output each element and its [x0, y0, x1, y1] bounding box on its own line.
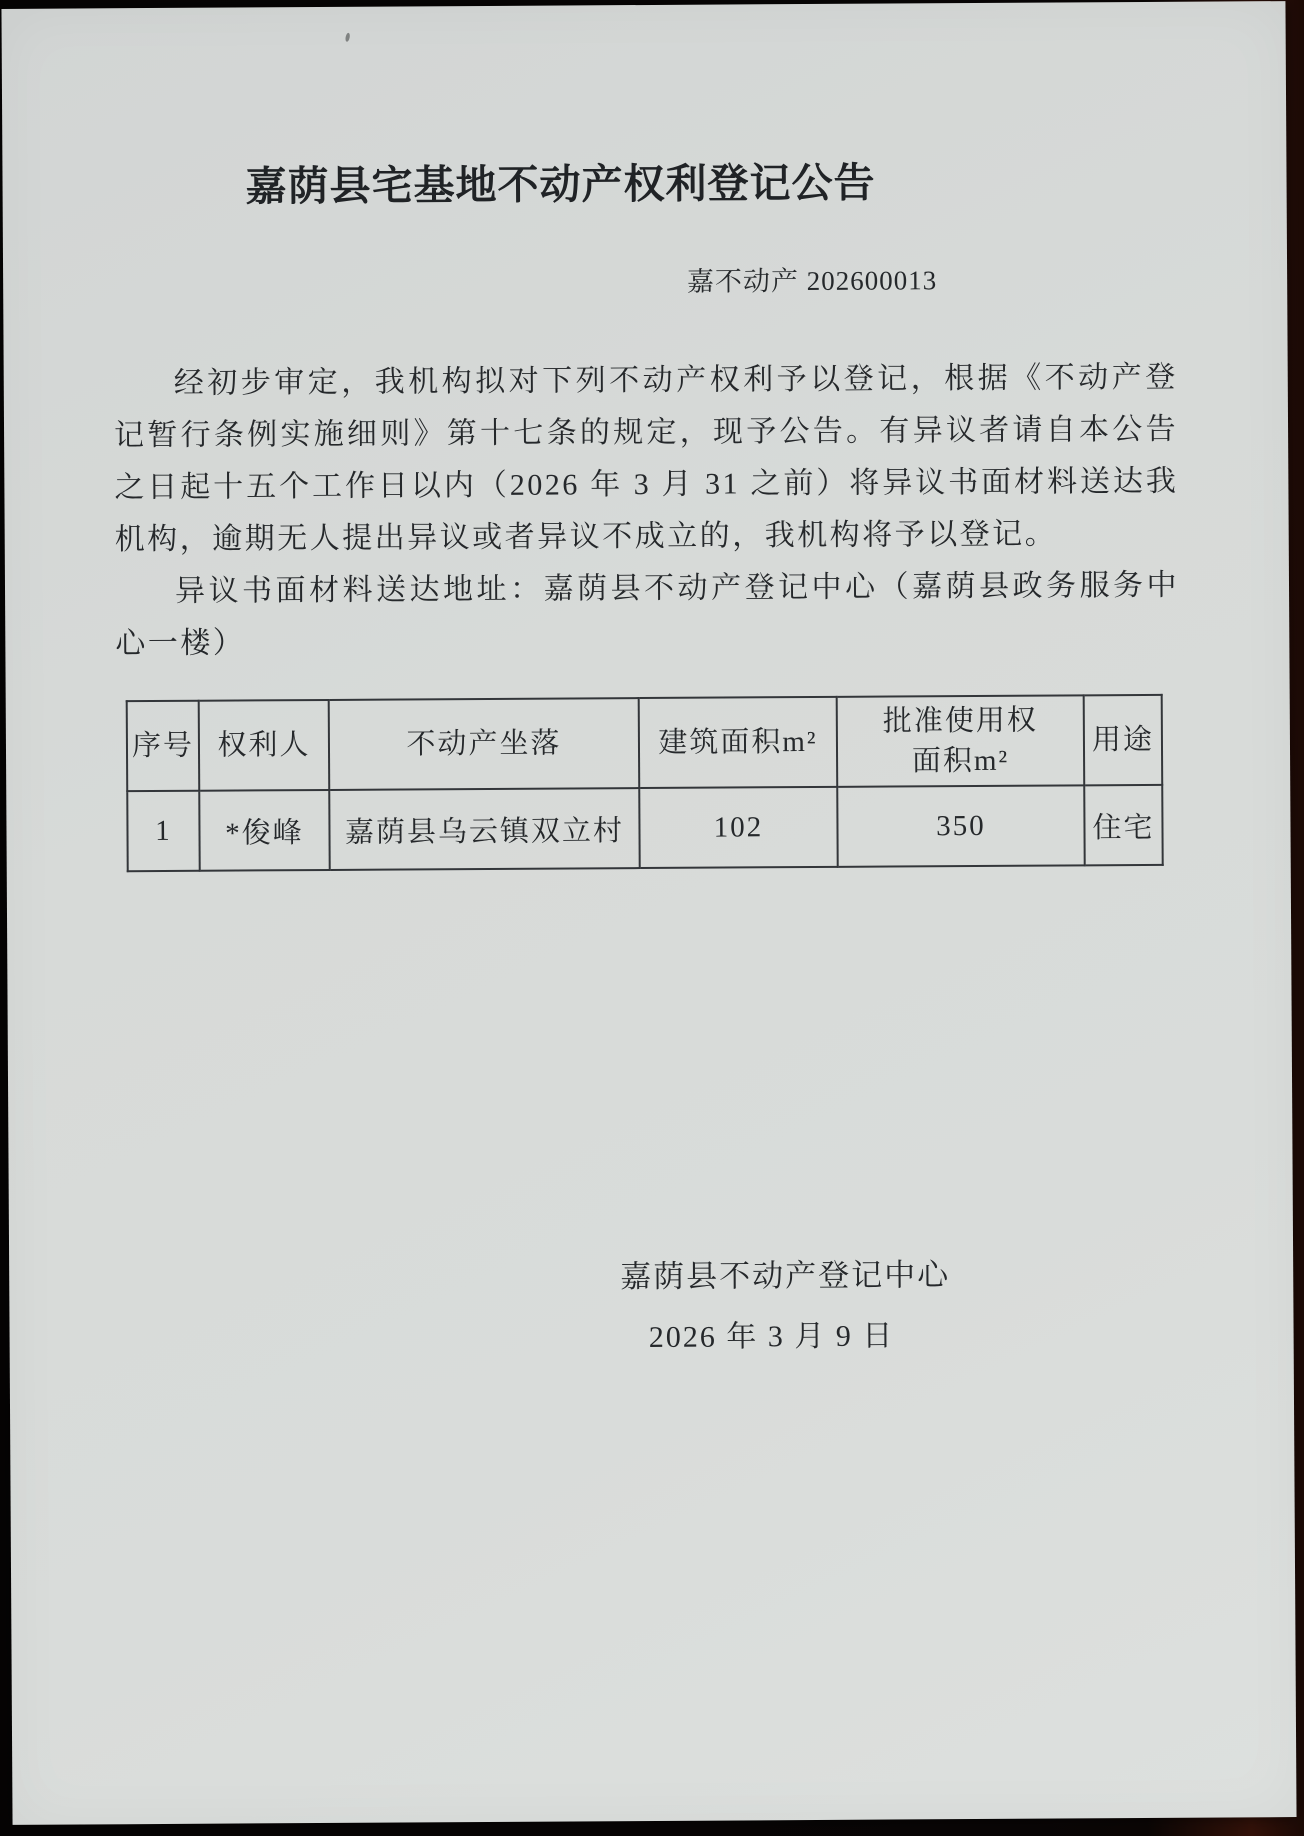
table-header-row: 序号 权利人 不动产坐落 建筑面积m² 批准使用权 面积m² 用途 — [127, 695, 1163, 791]
col-header-index: 序号 — [127, 701, 200, 791]
body-paragraph-2: 异议书面材料送达地址：嘉荫县不动产登记中心（嘉荫县政务服务中心一楼） — [115, 560, 1180, 670]
cell-property-location: 嘉荫县乌云镇双立村 — [329, 788, 639, 870]
cell-usage: 住宅 — [1084, 785, 1162, 865]
registration-table: 序号 权利人 不动产坐落 建筑面积m² 批准使用权 面积m² 用途 1 *俊峰 … — [126, 694, 1164, 872]
dust-speck-icon — [345, 33, 351, 43]
cell-building-area: 102 — [639, 787, 837, 868]
cell-rights-holder: *俊峰 — [199, 790, 329, 871]
col-header-rights-holder: 权利人 — [199, 700, 330, 791]
signature-line: 嘉荫县不动产登记中心 — [387, 1248, 1183, 1298]
date-line: 2026 年 3 月 9 日 — [359, 1309, 1183, 1358]
table-row: 1 *俊峰 嘉荫县乌云镇双立村 102 350 住宅 — [127, 785, 1162, 871]
col-header-usage: 用途 — [1084, 695, 1163, 785]
col-header-approved-use-area: 批准使用权 面积m² — [837, 695, 1085, 787]
col-header-building-area: 建筑面积m² — [639, 697, 838, 788]
col-header-property-location: 不动产坐落 — [329, 698, 640, 790]
document-content: 嘉荫县宅基地不动产权利登记公告 嘉不动产 202600013 经初步审定，我机构… — [2, 147, 1293, 1360]
doc-number: 嘉不动产 202600013 — [113, 257, 1177, 302]
cell-approved-use-area: 350 — [837, 785, 1084, 867]
document-paper: 嘉荫县宅基地不动产权利登记公告 嘉不动产 202600013 经初步审定，我机构… — [1, 1, 1296, 1825]
page-title: 嘉荫县宅基地不动产权利登记公告 — [112, 148, 1176, 213]
cell-index: 1 — [127, 791, 199, 871]
body-paragraph-1: 经初步审定，我机构拟对下列不动产权利予以登记，根据《不动产登记暂行条例实施细则》… — [114, 352, 1179, 566]
